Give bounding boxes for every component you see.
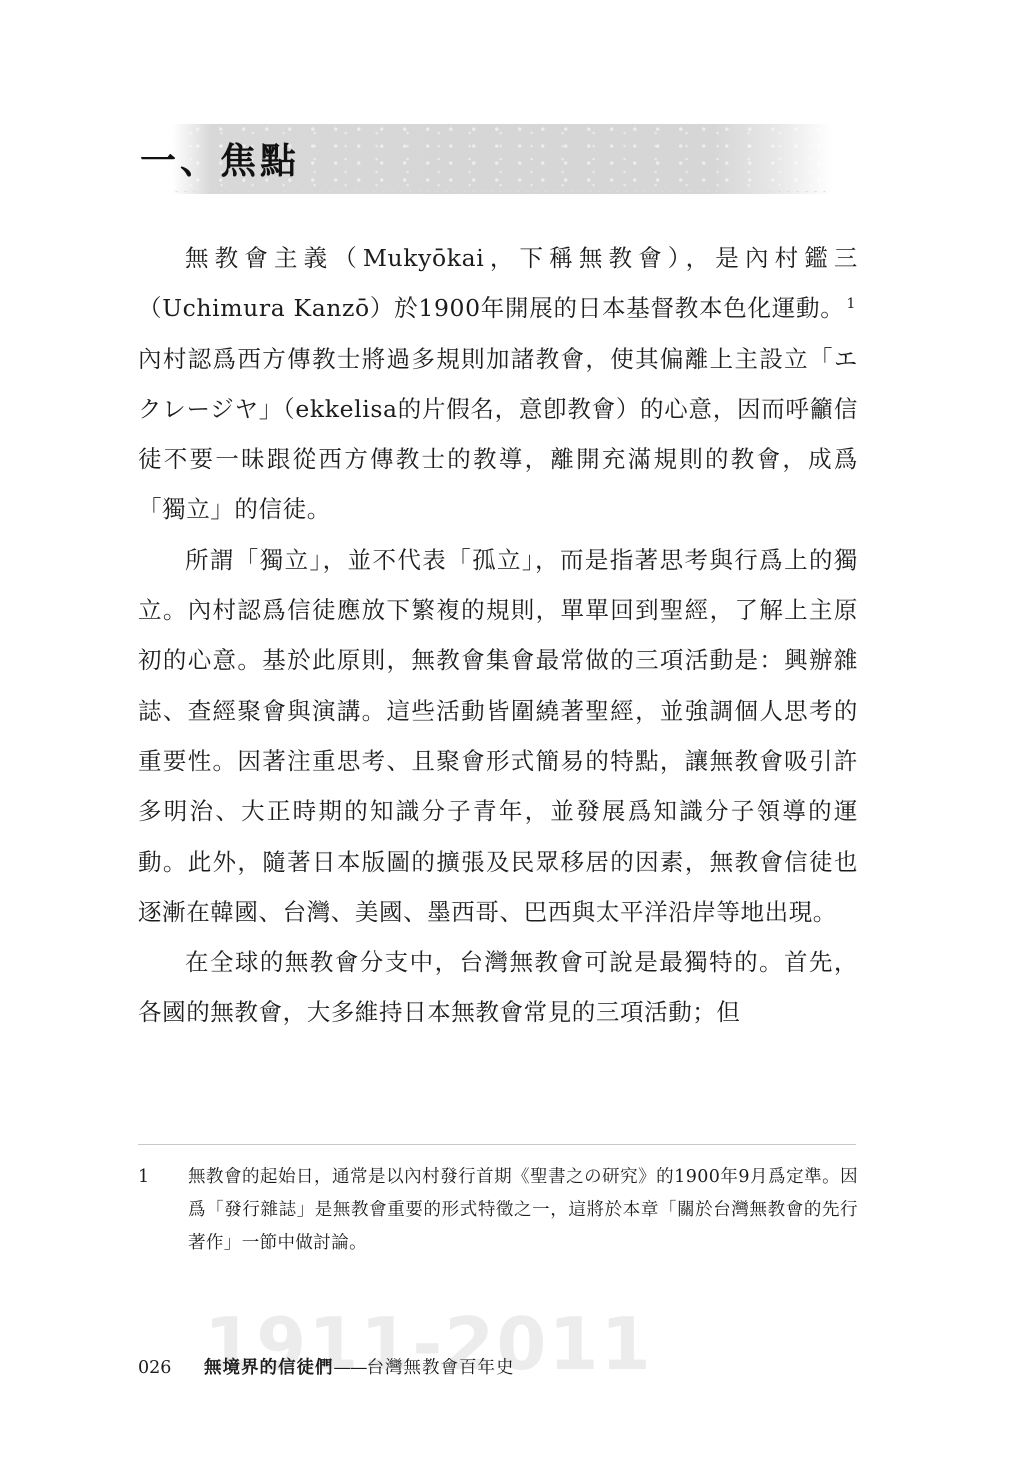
running-footer: 026 無境界的信徒們 —— 台灣無教會百年史 [138,1356,515,1380]
footnote-reference-1[interactable]: 1 [846,296,856,312]
footnote-number: 1 [138,1161,188,1260]
section-heading: 一、焦點 [140,138,300,186]
paragraph-1: 無教會主義（Mukyōkai，下稱無教會），是內村鑑三（Uchimura Kan… [138,233,858,535]
book-title-dash: —— [334,1356,367,1380]
paragraph-3: 在全球的無教會分支中，台灣無教會可說是最獨特的。首先，各國的無教會，大多維持日本… [138,937,858,1038]
body-text: 無教會主義（Mukyōkai，下稱無教會），是內村鑑三（Uchimura Kan… [138,233,858,1038]
paragraph-2: 所謂「獨立」，並不代表「孤立」，而是指著思考與行爲上的獨立。內村認爲信徒應放下繁… [138,535,858,937]
footnote-text: 無教會的起始日，通常是以內村發行首期《聖書之の研究》的1900年9月爲定準。因爲… [188,1161,858,1260]
footnote-divider [138,1144,856,1145]
paragraph-1-part1: 無教會主義（Mukyōkai，下稱無教會），是內村鑑三（Uchimura Kan… [138,244,858,322]
book-title-subtitle: 台灣無教會百年史 [367,1356,515,1380]
footnote-1: 1 無教會的起始日，通常是以內村發行首期《聖書之の研究》的1900年9月爲定準。… [138,1161,858,1260]
page-number: 026 [138,1356,204,1380]
paragraph-1-part2: 內村認爲西方傳教士將過多規則加諸教會，使其偏離上主設立「エクレージヤ」（ekke… [138,345,858,524]
book-title-main: 無境界的信徒們 [204,1356,334,1380]
